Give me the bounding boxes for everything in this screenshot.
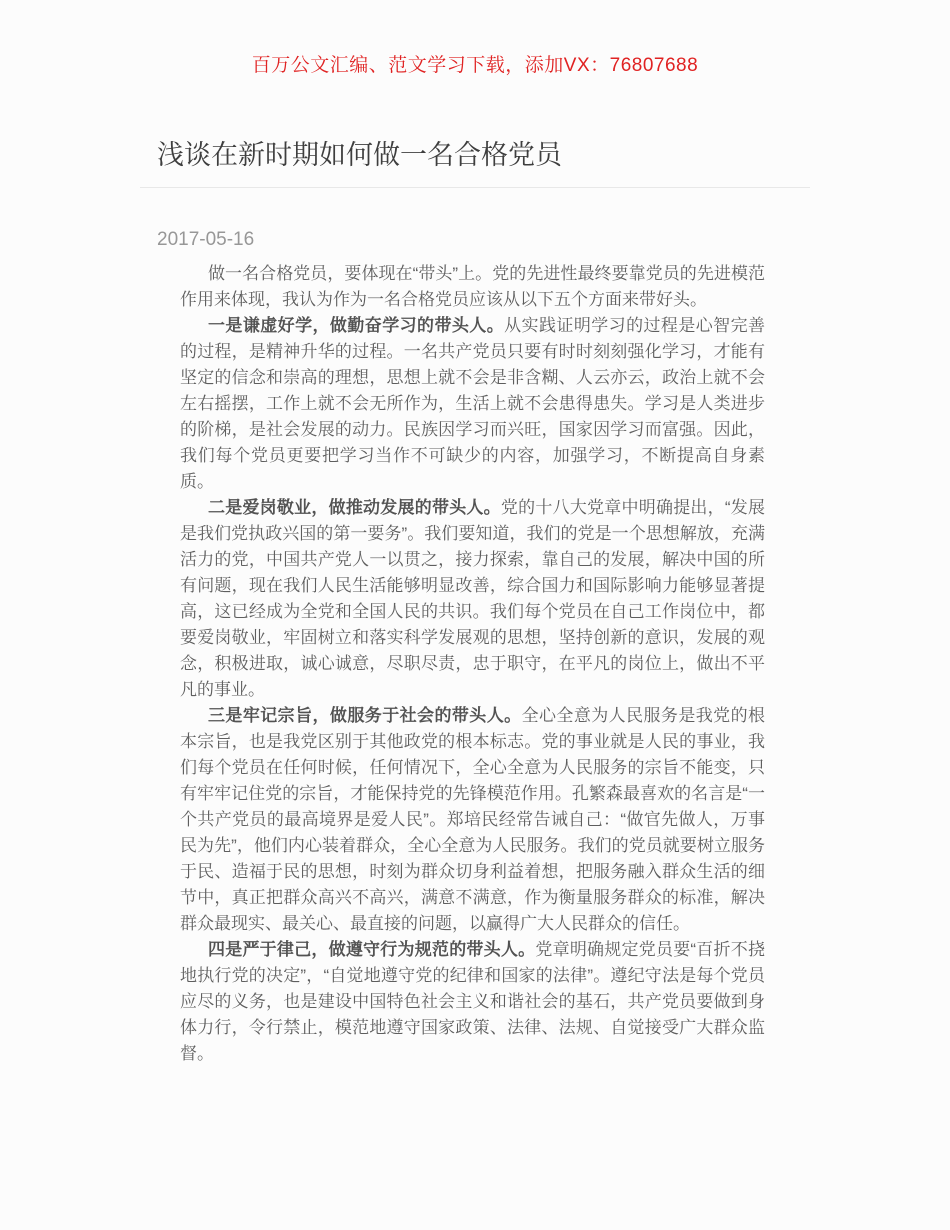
paragraph-text: 做一名合格党员，要体现在“带头”上。党的先进性最终要靠党员的先进模范作用来体现，… xyxy=(180,264,765,309)
paragraph-lead: 二是爱岗敬业，做推动发展的带头人。 xyxy=(208,498,501,517)
paragraph-text: 全心全意为人民服务是我党的根本宗旨，也是我党区别于其他政党的根本标志。党的事业就… xyxy=(180,706,765,933)
article-paragraph: 三是牢记宗旨，做服务于社会的带头人。全心全意为人民服务是我党的根本宗旨，也是我党… xyxy=(180,703,765,937)
paragraph-text: 从实践证明学习的过程是心智完善的过程，是精神升华的过程。一名共产党员只要有时时刻… xyxy=(180,316,765,491)
paragraph-lead: 一是谦虚好学，做勤奋学习的带头人。 xyxy=(208,316,504,335)
article-paragraph: 二是爱岗敬业，做推动发展的带头人。党的十八大党章中明确提出，“发展是我们党执政兴… xyxy=(180,495,765,703)
paragraph-lead: 四是严于律己，做遵守行为规范的带头人。 xyxy=(208,940,535,959)
promo-banner: 百万公文汇编、范文学习下载，添加VX：76807688 xyxy=(0,0,950,79)
paragraph-text: 党的十八大党章中明确提出，“发展是我们党执政兴国的第一要务”。我们要知道，我们的… xyxy=(180,498,765,699)
article-body: 做一名合格党员，要体现在“带头”上。党的先进性最终要靠党员的先进模范作用来体现，… xyxy=(180,261,765,1067)
article-paragraph: 做一名合格党员，要体现在“带头”上。党的先进性最终要靠党员的先进模范作用来体现，… xyxy=(180,261,765,313)
article: 浅谈在新时期如何做一名合格党员 2017-05-16 做一名合格党员，要体现在“… xyxy=(140,137,810,1067)
article-date: 2017-05-16 xyxy=(157,228,810,252)
paragraph-lead: 三是牢记宗旨，做服务于社会的带头人。 xyxy=(208,706,522,725)
article-paragraph: 一是谦虚好学，做勤奋学习的带头人。从实践证明学习的过程是心智完善的过程，是精神升… xyxy=(180,313,765,495)
title-divider xyxy=(140,187,810,188)
article-header: 浅谈在新时期如何做一名合格党员 xyxy=(140,137,810,187)
article-paragraph: 四是严于律己，做遵守行为规范的带头人。党章明确规定党员要“百折不挠地执行党的决定… xyxy=(180,937,765,1067)
page-title: 浅谈在新时期如何做一名合格党员 xyxy=(157,137,810,173)
